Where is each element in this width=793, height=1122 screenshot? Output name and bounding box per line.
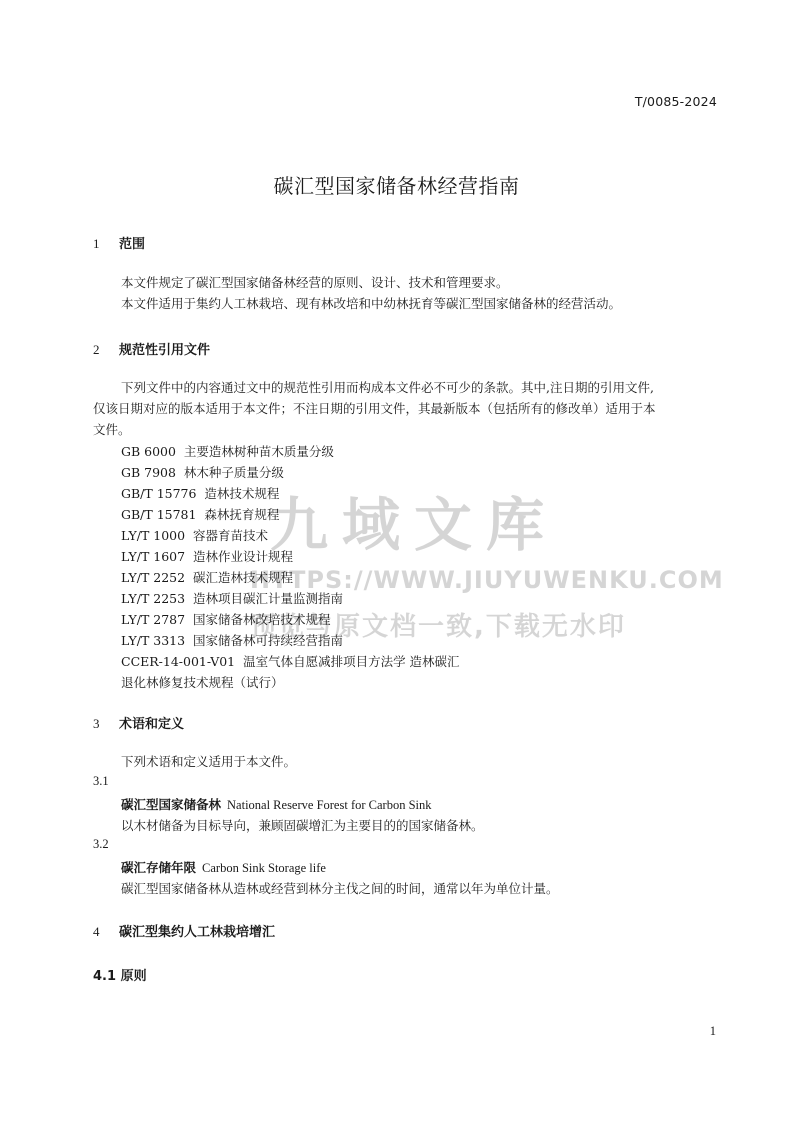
section-number: 3 xyxy=(93,716,119,732)
reference-code: LY/T 1000 xyxy=(121,528,185,543)
section-number: 4 xyxy=(93,924,119,940)
term-zh: 碳汇型国家储备林 xyxy=(121,797,221,812)
section-title: 术语和定义 xyxy=(119,717,184,732)
reference-item: GB 7908 林木种子质量分级 xyxy=(121,463,284,481)
reference-item: GB 6000 主要造林树种苗木质量分级 xyxy=(121,442,334,460)
reference-title: 主要造林树种苗木质量分级 xyxy=(184,444,334,459)
reference-title: 国家储备林改培技术规程 xyxy=(193,612,331,627)
reference-title: 国家储备林可持续经营指南 xyxy=(193,633,343,648)
reference-code: LY/T 2787 xyxy=(121,612,185,627)
section-3-heading: 3术语和定义 xyxy=(93,713,184,732)
watermark-brand: 九域文库 xyxy=(270,478,558,562)
reference-code: LY/T 1607 xyxy=(121,549,185,564)
reference-title: 造林技术规程 xyxy=(204,486,279,501)
reference-code: LY/T 3313 xyxy=(121,633,185,648)
section-title: 范围 xyxy=(119,237,145,252)
reference-item: CCER-14-001-V01 温室气体自愿减排项目方法学 造林碳汇 xyxy=(121,652,460,670)
reference-item: LY/T 2252 碳汇造林技术规程 xyxy=(121,568,293,586)
scope-paragraph-1: 本文件规定了碳汇型国家储备林经营的原则、设计、技术和管理要求。 xyxy=(121,272,509,293)
term-definition: 碳汇型国家储备林从造林或经营到林分主伐之间的时间，通常以年为单位计量。 xyxy=(121,879,559,897)
subsection-title: 原则 xyxy=(121,969,147,984)
reference-title: 造林项目碳汇计量监测指南 xyxy=(193,591,343,606)
reference-item: LY/T 2253 造林项目碳汇计量监测指南 xyxy=(121,589,343,607)
reference-code: GB 7908 xyxy=(121,465,176,480)
references-intro-line-1: 下列文件中的内容通过文中的规范性引用而构成本文件必不可少的条款。其中,注日期的引… xyxy=(121,377,654,398)
reference-item: GB/T 15781 森林抚育规程 xyxy=(121,505,279,523)
reference-item: GB/T 15776 造林技术规程 xyxy=(121,484,279,502)
page-number: 1 xyxy=(710,1024,716,1039)
section-4-heading: 4碳汇型集约人工林栽培增汇 xyxy=(93,921,275,940)
section-title: 规范性引用文件 xyxy=(119,343,210,358)
term-heading: 碳汇存储年限Carbon Sink Storage life xyxy=(121,858,326,876)
reference-title: 造林作业设计规程 xyxy=(193,549,293,564)
subsection-number: 4.1 xyxy=(93,969,116,984)
reference-item: LY/T 1000 容器育苗技术 xyxy=(121,526,268,544)
reference-continuation: 退化林修复技术规程（试行） xyxy=(121,673,284,691)
term-heading: 碳汇型国家储备林National Reserve Forest for Carb… xyxy=(121,795,432,813)
reference-code: GB/T 15781 xyxy=(121,507,196,522)
reference-item: LY/T 2787 国家储备林改培技术规程 xyxy=(121,610,331,628)
reference-code: LY/T 2252 xyxy=(121,570,185,585)
reference-code: GB/T 15776 xyxy=(121,486,196,501)
section-1-heading: 1范围 xyxy=(93,233,145,252)
reference-item: LY/T 1607 造林作业设计规程 xyxy=(121,547,293,565)
document-number: T/0085-2024 xyxy=(635,94,717,109)
reference-title: 容器育苗技术 xyxy=(193,528,268,543)
reference-code: LY/T 2253 xyxy=(121,591,185,606)
reference-title: 森林抚育规程 xyxy=(204,507,279,522)
section-title: 碳汇型集约人工林栽培增汇 xyxy=(119,925,275,940)
term-en: Carbon Sink Storage life xyxy=(202,861,326,875)
reference-code: CCER-14-001-V01 xyxy=(121,654,235,669)
term-number: 3.1 xyxy=(93,774,109,789)
reference-title: 碳汇造林技术规程 xyxy=(193,570,293,585)
section-number: 2 xyxy=(93,342,119,358)
term-definition: 以木材储备为目标导向，兼顾固碳增汇为主要目的的国家储备林。 xyxy=(121,816,484,834)
term-zh: 碳汇存储年限 xyxy=(121,860,196,875)
document-title: 碳汇型国家储备林经营指南 xyxy=(0,170,793,199)
reference-code: GB 6000 xyxy=(121,444,176,459)
section-number: 1 xyxy=(93,236,119,252)
scope-paragraph-2: 本文件适用于集约人工林栽培、现有林改培和中幼林抚育等碳汇型国家储备林的经营活动。 xyxy=(121,293,621,314)
reference-title: 林木种子质量分级 xyxy=(184,465,284,480)
references-intro-line-2: 仅该日期对应的版本适用于本文件；不注日期的引用文件，其最新版本（包括所有的修改单… xyxy=(93,398,656,419)
subsection-4-1-heading: 4.1 原则 xyxy=(93,965,147,984)
reference-title: 温室气体自愿减排项目方法学 造林碳汇 xyxy=(243,654,459,669)
reference-item: LY/T 3313 国家储备林可持续经营指南 xyxy=(121,631,343,649)
term-en: National Reserve Forest for Carbon Sink xyxy=(227,798,431,812)
terms-intro: 下列术语和定义适用于本文件。 xyxy=(121,751,296,772)
references-intro-line-3: 文件。 xyxy=(93,419,131,440)
term-number: 3.2 xyxy=(93,837,109,852)
section-2-heading: 2规范性引用文件 xyxy=(93,339,210,358)
